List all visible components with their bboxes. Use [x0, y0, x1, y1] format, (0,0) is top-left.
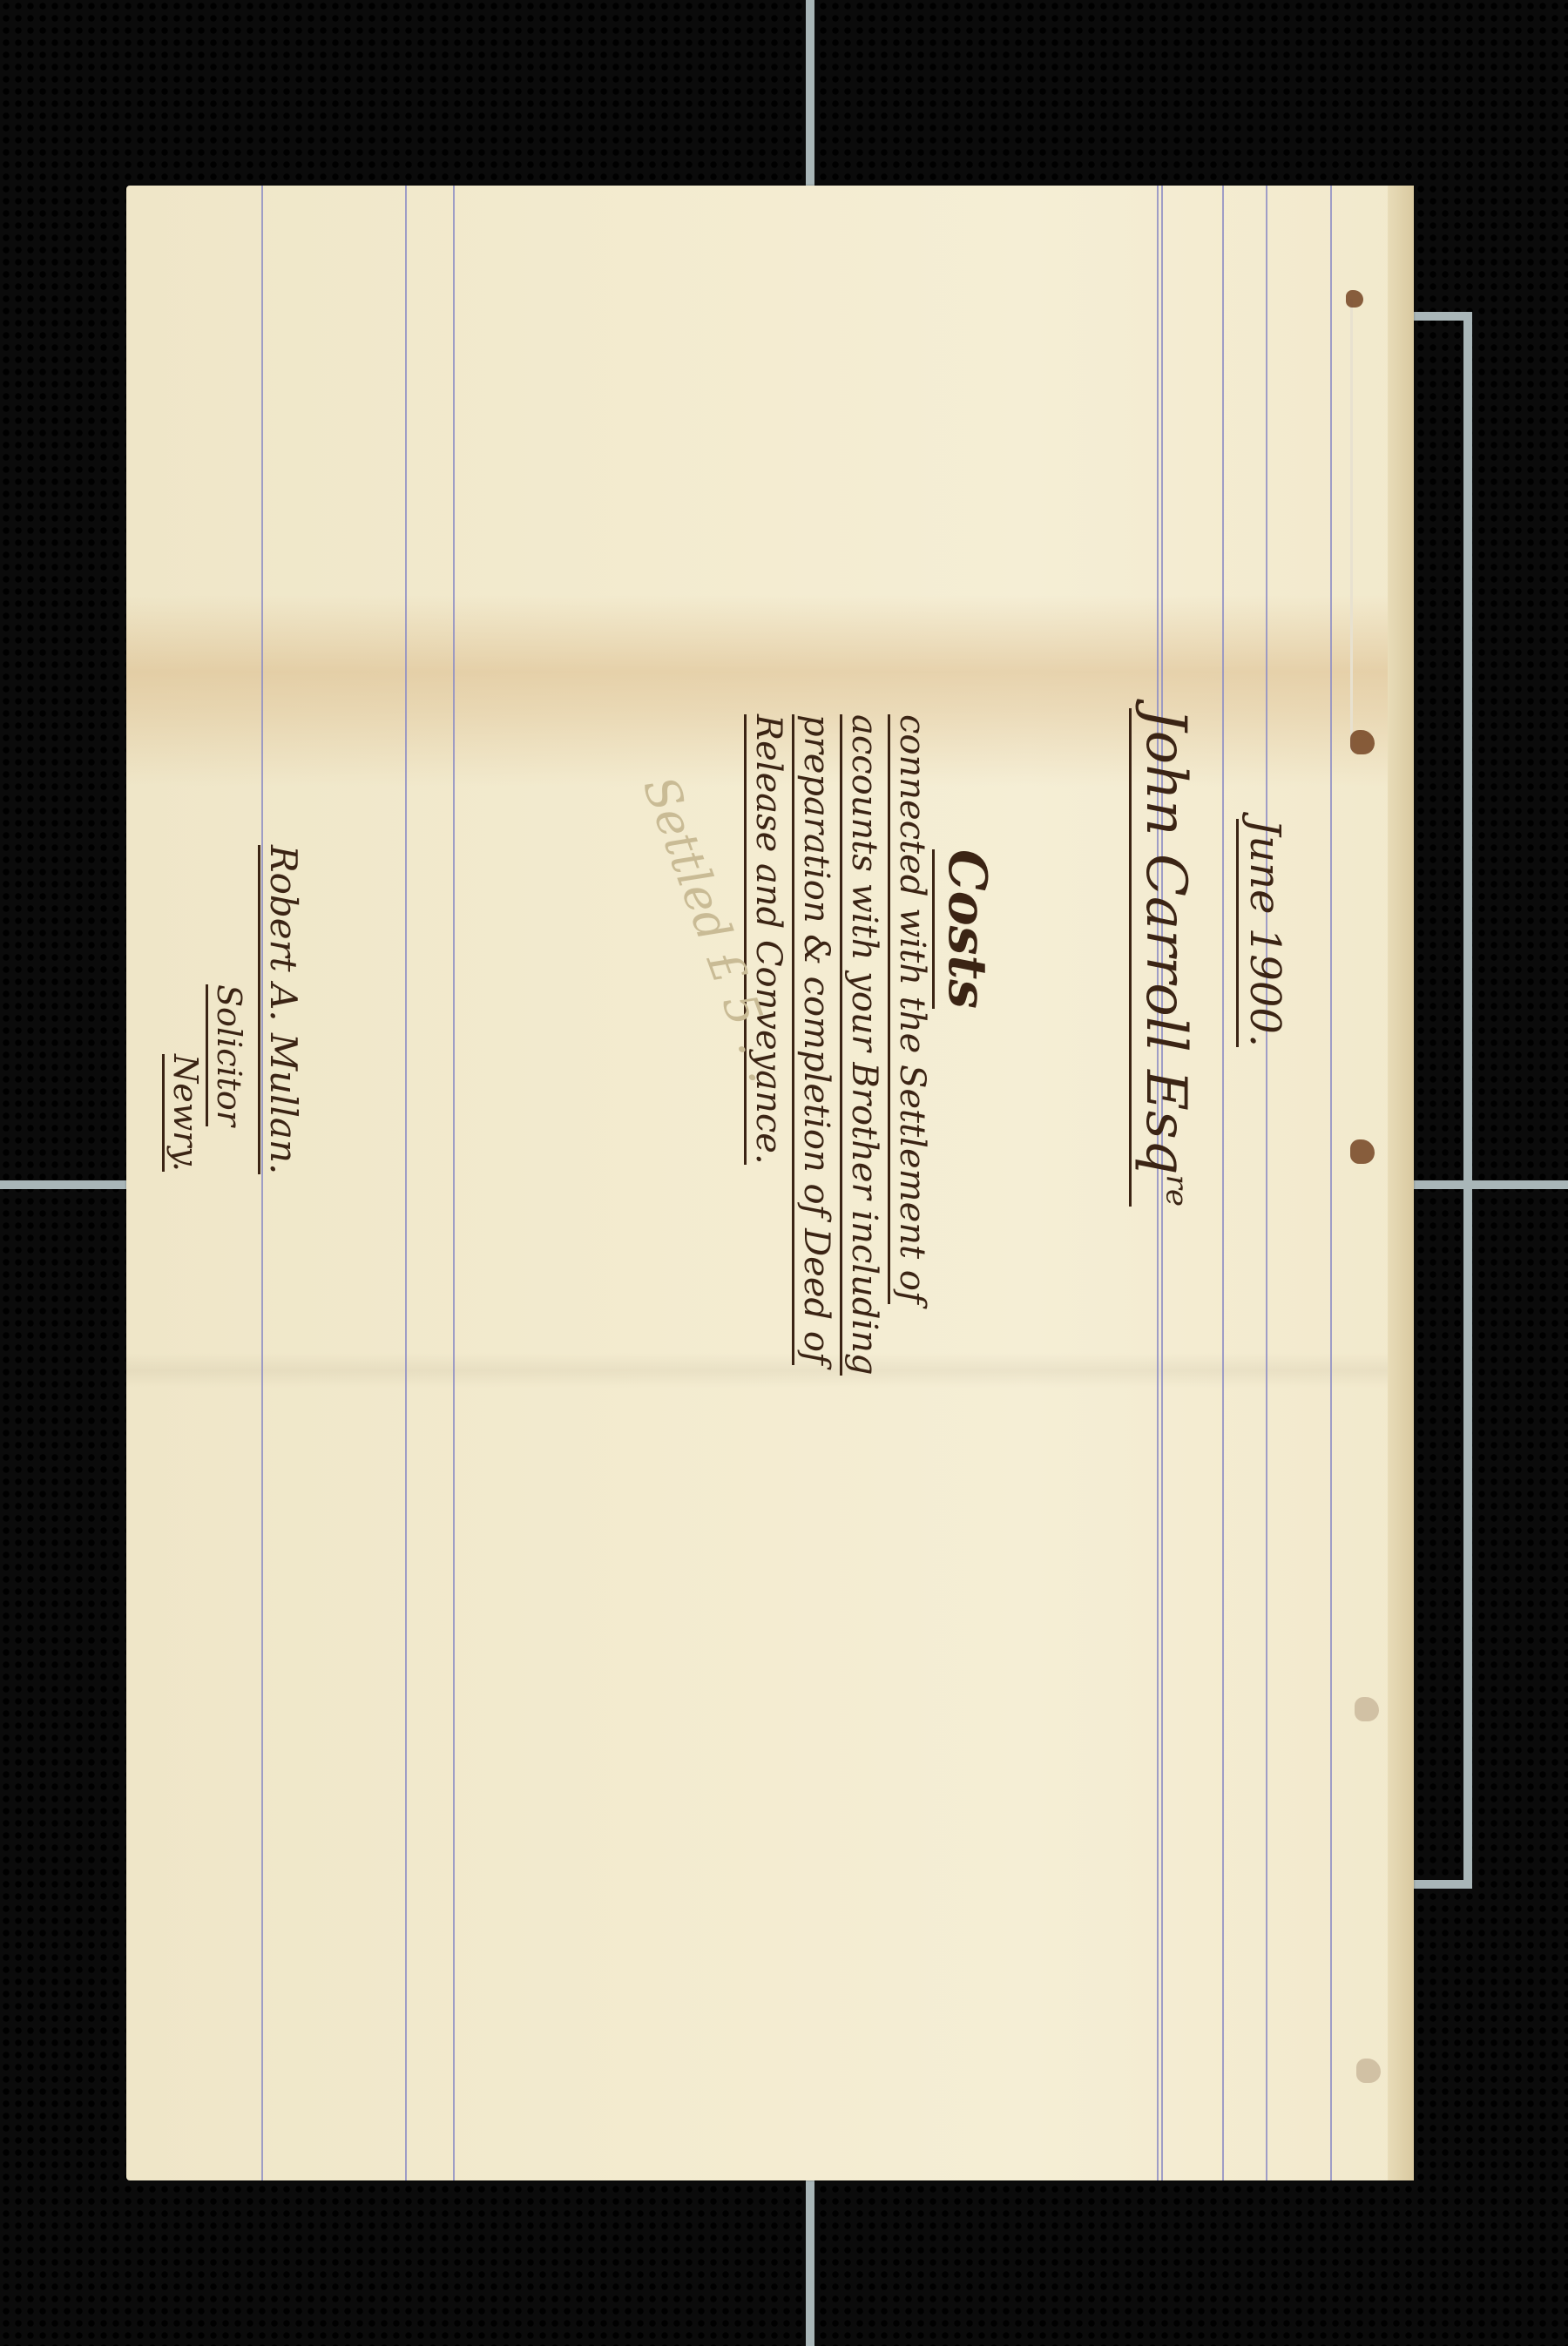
- document-page: June 1900. John Carroll Esqre Costs conn…: [126, 186, 1414, 2180]
- document-date: June 1900.: [1236, 819, 1289, 1047]
- ruled-line: [1266, 186, 1267, 2180]
- addressee-name: John Carroll Esq: [1133, 708, 1198, 1175]
- addressee-suffix: re: [1159, 1175, 1193, 1207]
- background-grid-line: [806, 2180, 814, 2346]
- addressee: John Carroll Esqre: [1129, 708, 1198, 1207]
- binding-hole: [1355, 1697, 1379, 1721]
- binding-hole: [1346, 290, 1363, 308]
- fold-crease: [126, 1353, 1414, 1388]
- background-grid-line: [1414, 1180, 1568, 1189]
- ruled-line: [1222, 186, 1224, 2180]
- binding-hole: [1356, 2059, 1381, 2083]
- body-line: connected with the Settlement of: [888, 714, 932, 1304]
- ruled-line: [405, 186, 407, 2180]
- binding-hole: [1350, 1139, 1375, 1164]
- background-grid-line: [1414, 312, 1470, 321]
- binding-hole: [1350, 730, 1375, 754]
- signature-name: Robert A. Mullan.: [258, 845, 305, 1174]
- background-grid-line: [0, 1180, 126, 1189]
- ruled-line: [453, 186, 455, 2180]
- body-line: preparation & completion of Deed of: [792, 714, 836, 1365]
- binding-edge: [1388, 186, 1414, 2180]
- background-grid-line: [1414, 1880, 1470, 1889]
- body-line: accounts with your Brother including: [840, 714, 884, 1376]
- document-heading: Costs: [932, 849, 997, 1009]
- background-grid-line: [806, 0, 814, 186]
- signature-place: Newry.: [162, 1054, 205, 1172]
- ruled-line: [1330, 186, 1332, 2180]
- ruled-line: [261, 186, 263, 2180]
- body-line: Release and Conveyance.: [744, 714, 788, 1165]
- signature-title: Solicitor: [206, 984, 248, 1126]
- background-grid-line: [1463, 312, 1472, 1889]
- binding-string: [1350, 299, 1353, 752]
